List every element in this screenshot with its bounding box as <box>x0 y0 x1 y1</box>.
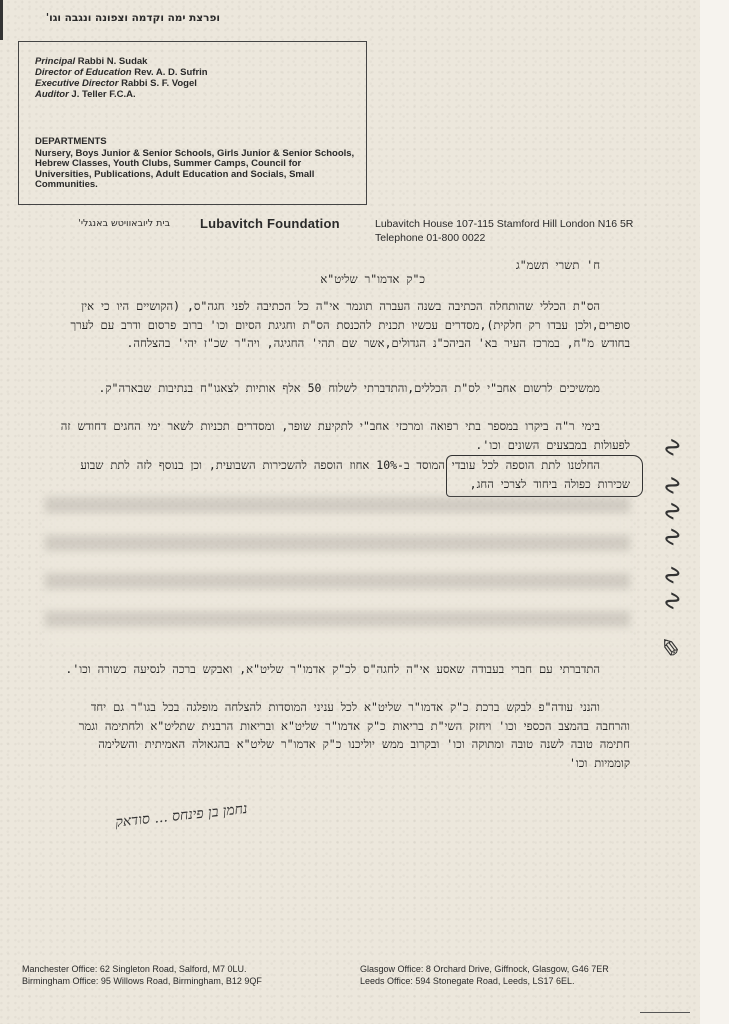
staff-entry: Director of Education Rev. A. D. Sufrin <box>35 67 208 78</box>
page-edge-mark <box>0 0 3 40</box>
address-line: Lubavitch House 107-115 Stamford Hill Lo… <box>375 217 633 231</box>
right-margin-strip <box>700 0 729 1024</box>
letter-page: ופרצת ימה וקדמה וצפונה ונגבה וגו' Princi… <box>0 0 700 1024</box>
leeds-office: Leeds Office: 594 Stonegate Road, Leeds,… <box>360 975 609 987</box>
handwritten-margin-note: ✎ ∿∿ ∿∿∿ ∿ <box>650 395 695 700</box>
departments-title: DEPARTMENTS <box>35 137 355 148</box>
footer-right: Glasgow Office: 8 Orchard Drive, Giffnoc… <box>360 963 609 987</box>
paragraph: והנני עודה"פ לבקש ברכת כ"ק אדמו"ר שליט"א… <box>60 698 630 772</box>
paragraph: בימי ר"ה ביקרו במספר בתי רפואה ומרכזי אח… <box>60 417 630 454</box>
hebrew-motto: ופרצת ימה וקדמה וצפונה ונגבה וגו' <box>35 12 220 24</box>
telephone: Telephone 01-800 0022 <box>375 231 633 245</box>
redacted-section <box>45 497 630 647</box>
letter-addressee: כ"ק אדמו"ר שליט"א <box>320 272 425 286</box>
footer-rule <box>640 1012 690 1013</box>
org-name: Lubavitch Foundation <box>200 216 340 231</box>
paragraph: ממשיכים לרשום אחב"י לס"ת הכללים,והתדברתי… <box>60 379 630 398</box>
staff-entry: Auditor J. Teller F.C.A. <box>35 89 208 100</box>
handwritten-signature: נחמן בן פינחס ... סודאק <box>17 794 249 848</box>
org-address: Lubavitch House 107-115 Stamford Hill Lo… <box>375 217 633 245</box>
staff-list: Principal Rabbi N. Sudak Director of Edu… <box>35 56 208 100</box>
departments: DEPARTMENTS Nursery, Boys Junior & Senio… <box>35 137 355 191</box>
glasgow-office: Glasgow Office: 8 Orchard Drive, Giffnoc… <box>360 963 609 975</box>
staff-entry: Executive Director Rabbi S. F. Vogel <box>35 78 208 89</box>
paragraph-circled: החלטנו לתת הוספה לכל עובדי המוסד ב-10% א… <box>60 456 630 493</box>
staff-box: Principal Rabbi N. Sudak Director of Edu… <box>18 41 367 205</box>
birmingham-office: Birmingham Office: 95 Willows Road, Birm… <box>22 975 262 987</box>
manchester-office: Manchester Office: 62 Singleton Road, Sa… <box>22 963 262 975</box>
staff-entry: Principal Rabbi N. Sudak <box>35 56 208 67</box>
paragraph: הס"ת הכללי שהותחלה הכתיבה בשנה העברה תוג… <box>60 297 630 353</box>
hebrew-org-name: בית ליובאוויטש באנגלי' <box>30 218 170 229</box>
letter-date: ח' תשרי תשמ"ג <box>516 258 600 272</box>
departments-text: Nursery, Boys Junior & Senior Schools, G… <box>35 149 355 191</box>
paragraph: התדברתי עם חברי בעבודה שאסע אי"ה לחגה"ס … <box>60 660 630 679</box>
footer-left: Manchester Office: 62 Singleton Road, Sa… <box>22 963 262 987</box>
letterhead-row: בית ליובאוויטש באנגלי' Lubavitch Foundat… <box>0 216 729 250</box>
